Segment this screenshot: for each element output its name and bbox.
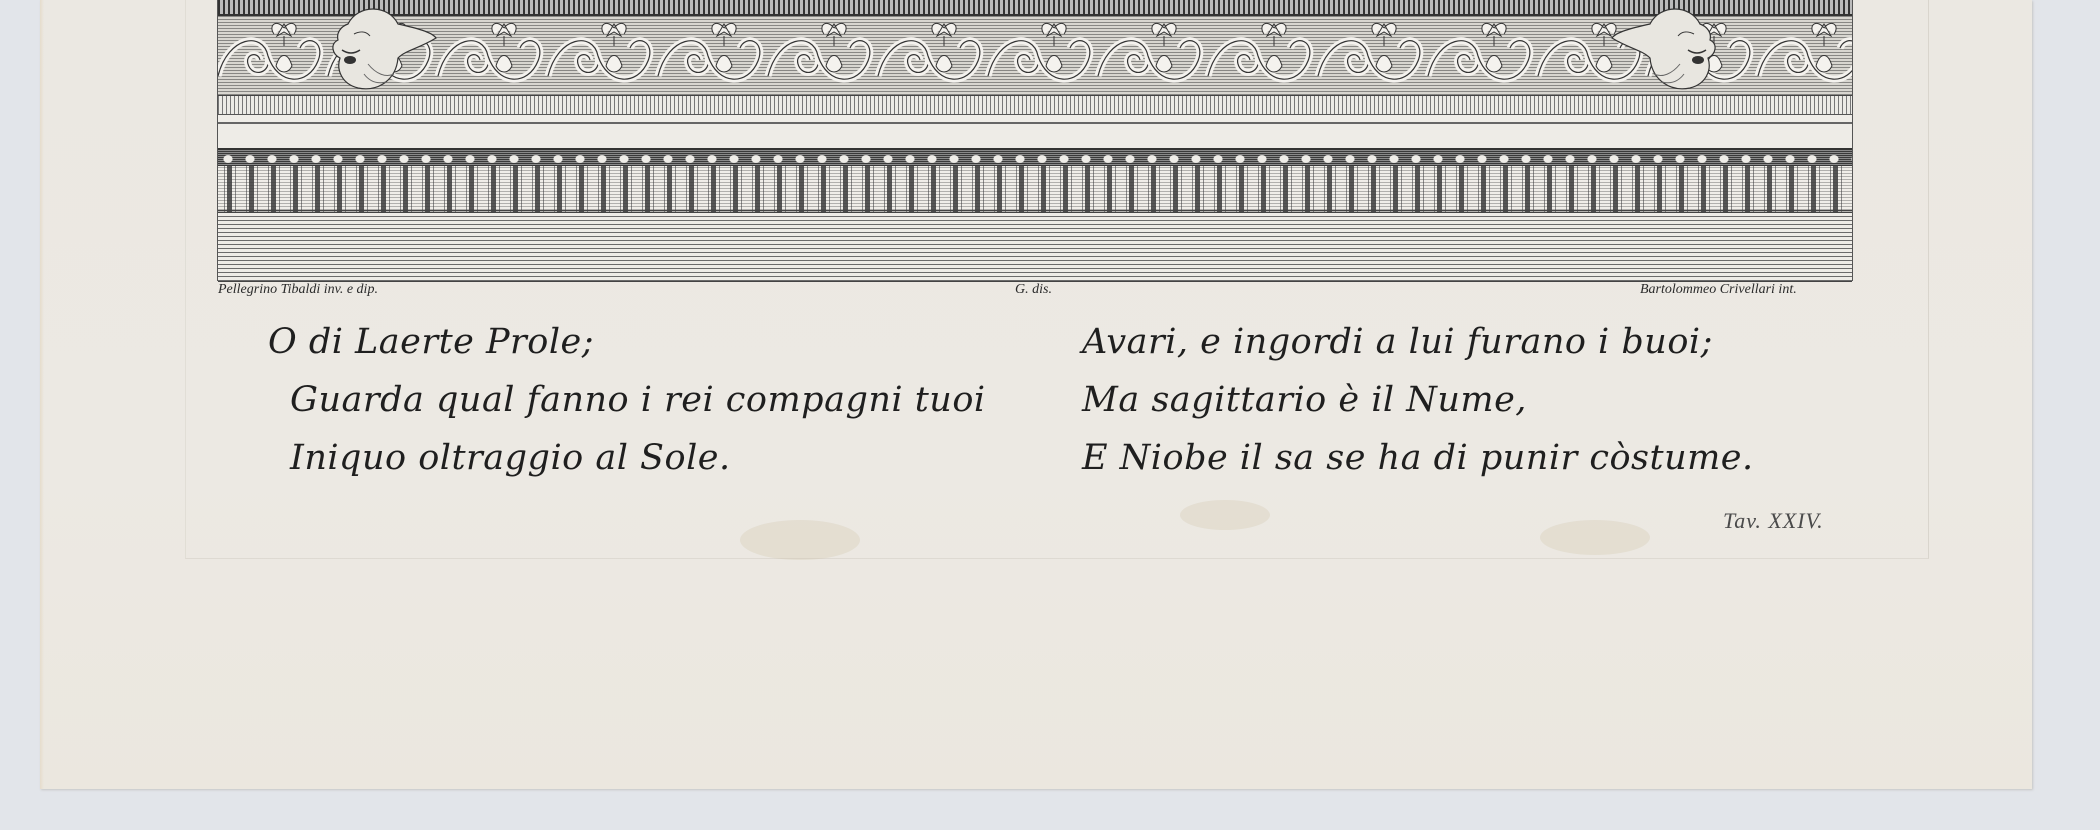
- caption-inventor: Pellegrino Tibaldi inv. e dip.: [218, 282, 378, 298]
- grotesque-mask-left-icon: [328, 4, 438, 94]
- egg-and-dart-molding: [218, 148, 1852, 168]
- scroll-frieze: [218, 0, 1852, 96]
- fillet-line: [218, 116, 1852, 124]
- grotesque-mask-right-icon: [1610, 4, 1720, 94]
- verse-right-line-1: Avari, e ingordi a lui furano i buoi;: [1082, 322, 1713, 362]
- verse-right-line-3: E Niobe il sa se ha di punir còstume.: [1082, 438, 1754, 478]
- dentil-row: [218, 166, 1852, 213]
- architectural-engraving: [217, 0, 1853, 281]
- foxing-stain: [740, 520, 860, 560]
- beaded-top-molding: [218, 0, 1852, 16]
- verse-left-line-2: Guarda qual fanno i rei compagni tuoi: [290, 380, 986, 420]
- verse-left-line-3: Iniquo oltraggio al Sole.: [290, 438, 731, 478]
- plate-number: Tav. XXIV.: [1723, 508, 1824, 534]
- hatched-base-band: [218, 213, 1852, 282]
- foxing-stain: [1180, 500, 1270, 530]
- verse-right-line-2: Ma sagittario è il Nume,: [1082, 380, 1527, 420]
- plain-band: [218, 124, 1852, 149]
- acanthus-scroll-pattern: [218, 16, 1852, 92]
- beaded-fillet: [218, 96, 1852, 115]
- caption-engraver: Bartolommeo Crivellari int.: [1640, 282, 1797, 298]
- caption-draughtsman: G. dis.: [1015, 282, 1052, 298]
- verse-left-line-1: O di Laerte Prole;: [268, 322, 594, 362]
- foxing-stain: [1540, 520, 1650, 555]
